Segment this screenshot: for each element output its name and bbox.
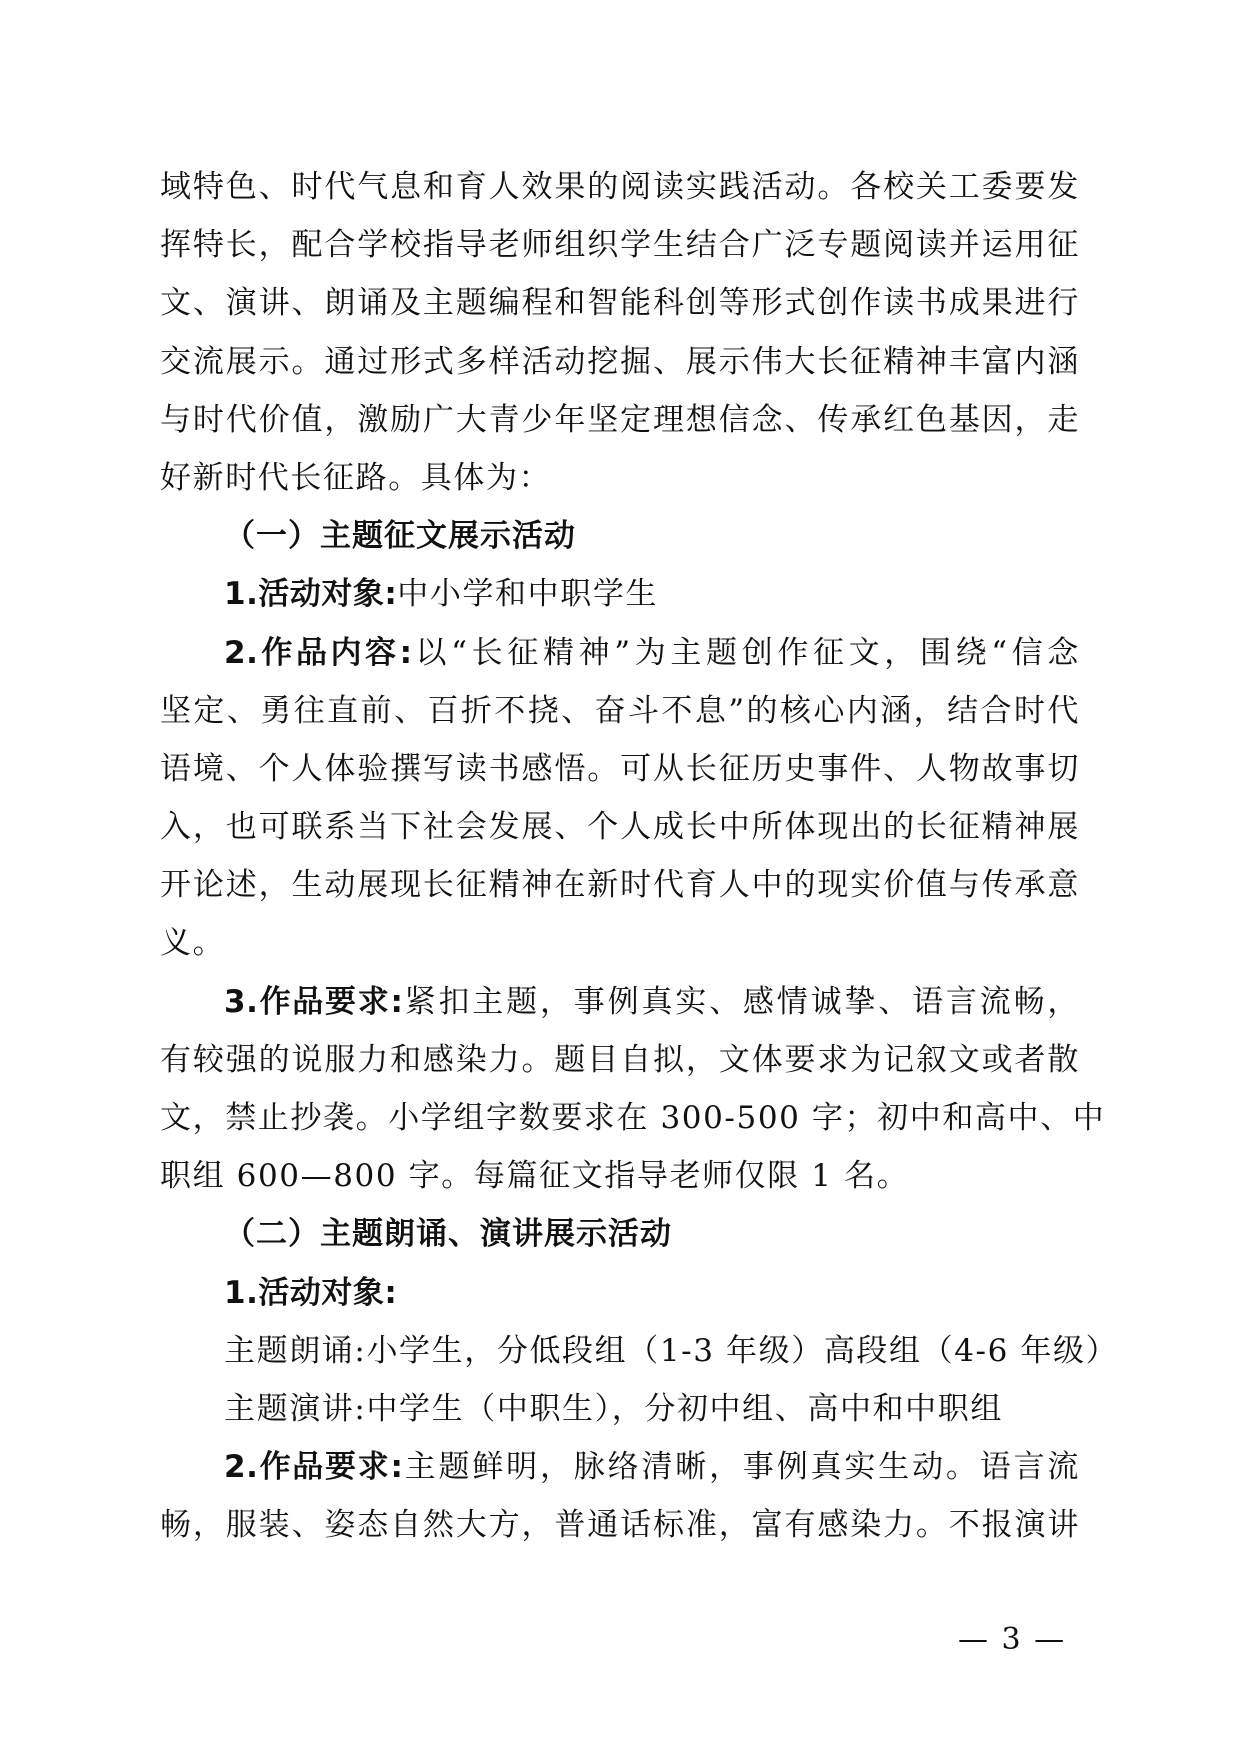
- speech-target-line: 主题演讲:中学生（中职生），分初中组、高中和中职组: [160, 1380, 1080, 1438]
- intro-paragraph: 域特色、时代气息和育人效果的阅读实践活动。各校关工委要发 挥特长，配合学校指导老…: [160, 158, 1080, 507]
- text-line: 畅，服装、姿态自然大方，普通话标准，富有感染力。不报演讲: [160, 1496, 1080, 1554]
- text-line: 3.作品要求:紧扣主题，事例真实、感情诚挚、语言流畅，: [160, 973, 1080, 1031]
- section-heading: （二）主题朗诵、演讲展示活动: [160, 1205, 1080, 1263]
- section-heading: （一）主题征文展示活动: [160, 507, 1080, 565]
- text-line: 语境、个人体验撰写读书感悟。可从长征历史事件、人物故事切: [160, 740, 1080, 798]
- document-page: 域特色、时代气息和育人效果的阅读实践活动。各校关工委要发 挥特长，配合学校指导老…: [160, 158, 1080, 1555]
- text-line: 文，禁止抄袭。小学组字数要求在 300-500 字；初中和高中、中: [160, 1089, 1080, 1147]
- activity-target-line: 1.活动对象:: [160, 1264, 1080, 1322]
- work-content-paragraph: 2.作品内容:以“长征精神”为主题创作征文，围绕“信念 坚定、勇往直前、百折不挠…: [160, 624, 1080, 973]
- text-line: 交流展示。通过形式多样活动挖掘、展示伟大长征精神丰富内涵: [160, 333, 1080, 391]
- section-essay-activity: （一）主题征文展示活动 1.活动对象:中小学和中职学生 2.作品内容:以“长征精…: [160, 507, 1080, 1205]
- text-line: 2.作品内容:以“长征精神”为主题创作征文，围绕“信念: [160, 624, 1080, 682]
- text-line: 域特色、时代气息和育人效果的阅读实践活动。各校关工委要发: [160, 158, 1080, 216]
- text-line: 开论述，生动展现长征精神在新时代育人中的现实价值与传承意: [160, 856, 1080, 914]
- text-line: 与时代价值，激励广大青少年坚定理想信念、传承红色基因，走: [160, 391, 1080, 449]
- text-line: 有较强的说服力和感染力。题目自拟，文体要求为记叙文或者散: [160, 1031, 1080, 1089]
- work-requirements-paragraph: 3.作品要求:紧扣主题，事例真实、感情诚挚、语言流畅， 有较强的说服力和感染力。…: [160, 973, 1080, 1206]
- item-text: 以“长征精神”为主题创作征文，围绕“信念: [412, 635, 1080, 671]
- activity-target-line: 1.活动对象:中小学和中职学生: [160, 565, 1080, 623]
- page-number: — 3 —: [958, 1622, 1066, 1657]
- item-text: 中小学和中职学生: [397, 576, 658, 612]
- item-label: 1.活动对象:: [224, 1275, 397, 1311]
- item-label: 2.作品要求:: [224, 1449, 403, 1485]
- text-line: 好新时代长征路。具体为：: [160, 449, 1080, 507]
- item-label: 3.作品要求:: [224, 984, 403, 1020]
- text-line: 义。: [160, 914, 1080, 972]
- text-line: 职组 600—800 字。每篇征文指导老师仅限 1 名。: [160, 1147, 1080, 1205]
- item-label: 1.活动对象:: [224, 576, 397, 612]
- text-line: 2.作品要求:主题鲜明，脉络清晰，事例真实生动。语言流: [160, 1438, 1080, 1496]
- speech-requirements-paragraph: 2.作品要求:主题鲜明，脉络清晰，事例真实生动。语言流 畅，服装、姿态自然大方，…: [160, 1438, 1080, 1554]
- text-line: 挥特长，配合学校指导老师组织学生结合广泛专题阅读并运用征: [160, 216, 1080, 274]
- text-line: 文、演讲、朗诵及主题编程和智能科创等形式创作读书成果进行: [160, 274, 1080, 332]
- item-label: 2.作品内容:: [224, 635, 412, 671]
- text-line: 坚定、勇往直前、百折不挠、奋斗不息”的核心内涵，结合时代: [160, 682, 1080, 740]
- item-text: 紧扣主题，事例真实、感情诚挚、语言流畅，: [403, 984, 1080, 1020]
- text-line: 入，也可联系当下社会发展、个人成长中所体现出的长征精神展: [160, 798, 1080, 856]
- item-text: 主题鲜明，脉络清晰，事例真实生动。语言流: [403, 1449, 1080, 1485]
- section-recitation-speech-activity: （二）主题朗诵、演讲展示活动 1.活动对象: 主题朗诵:小学生，分低段组（1-3…: [160, 1205, 1080, 1554]
- recitation-target-line: 主题朗诵:小学生，分低段组（1-3 年级）高段组（4-6 年级）: [160, 1322, 1080, 1380]
